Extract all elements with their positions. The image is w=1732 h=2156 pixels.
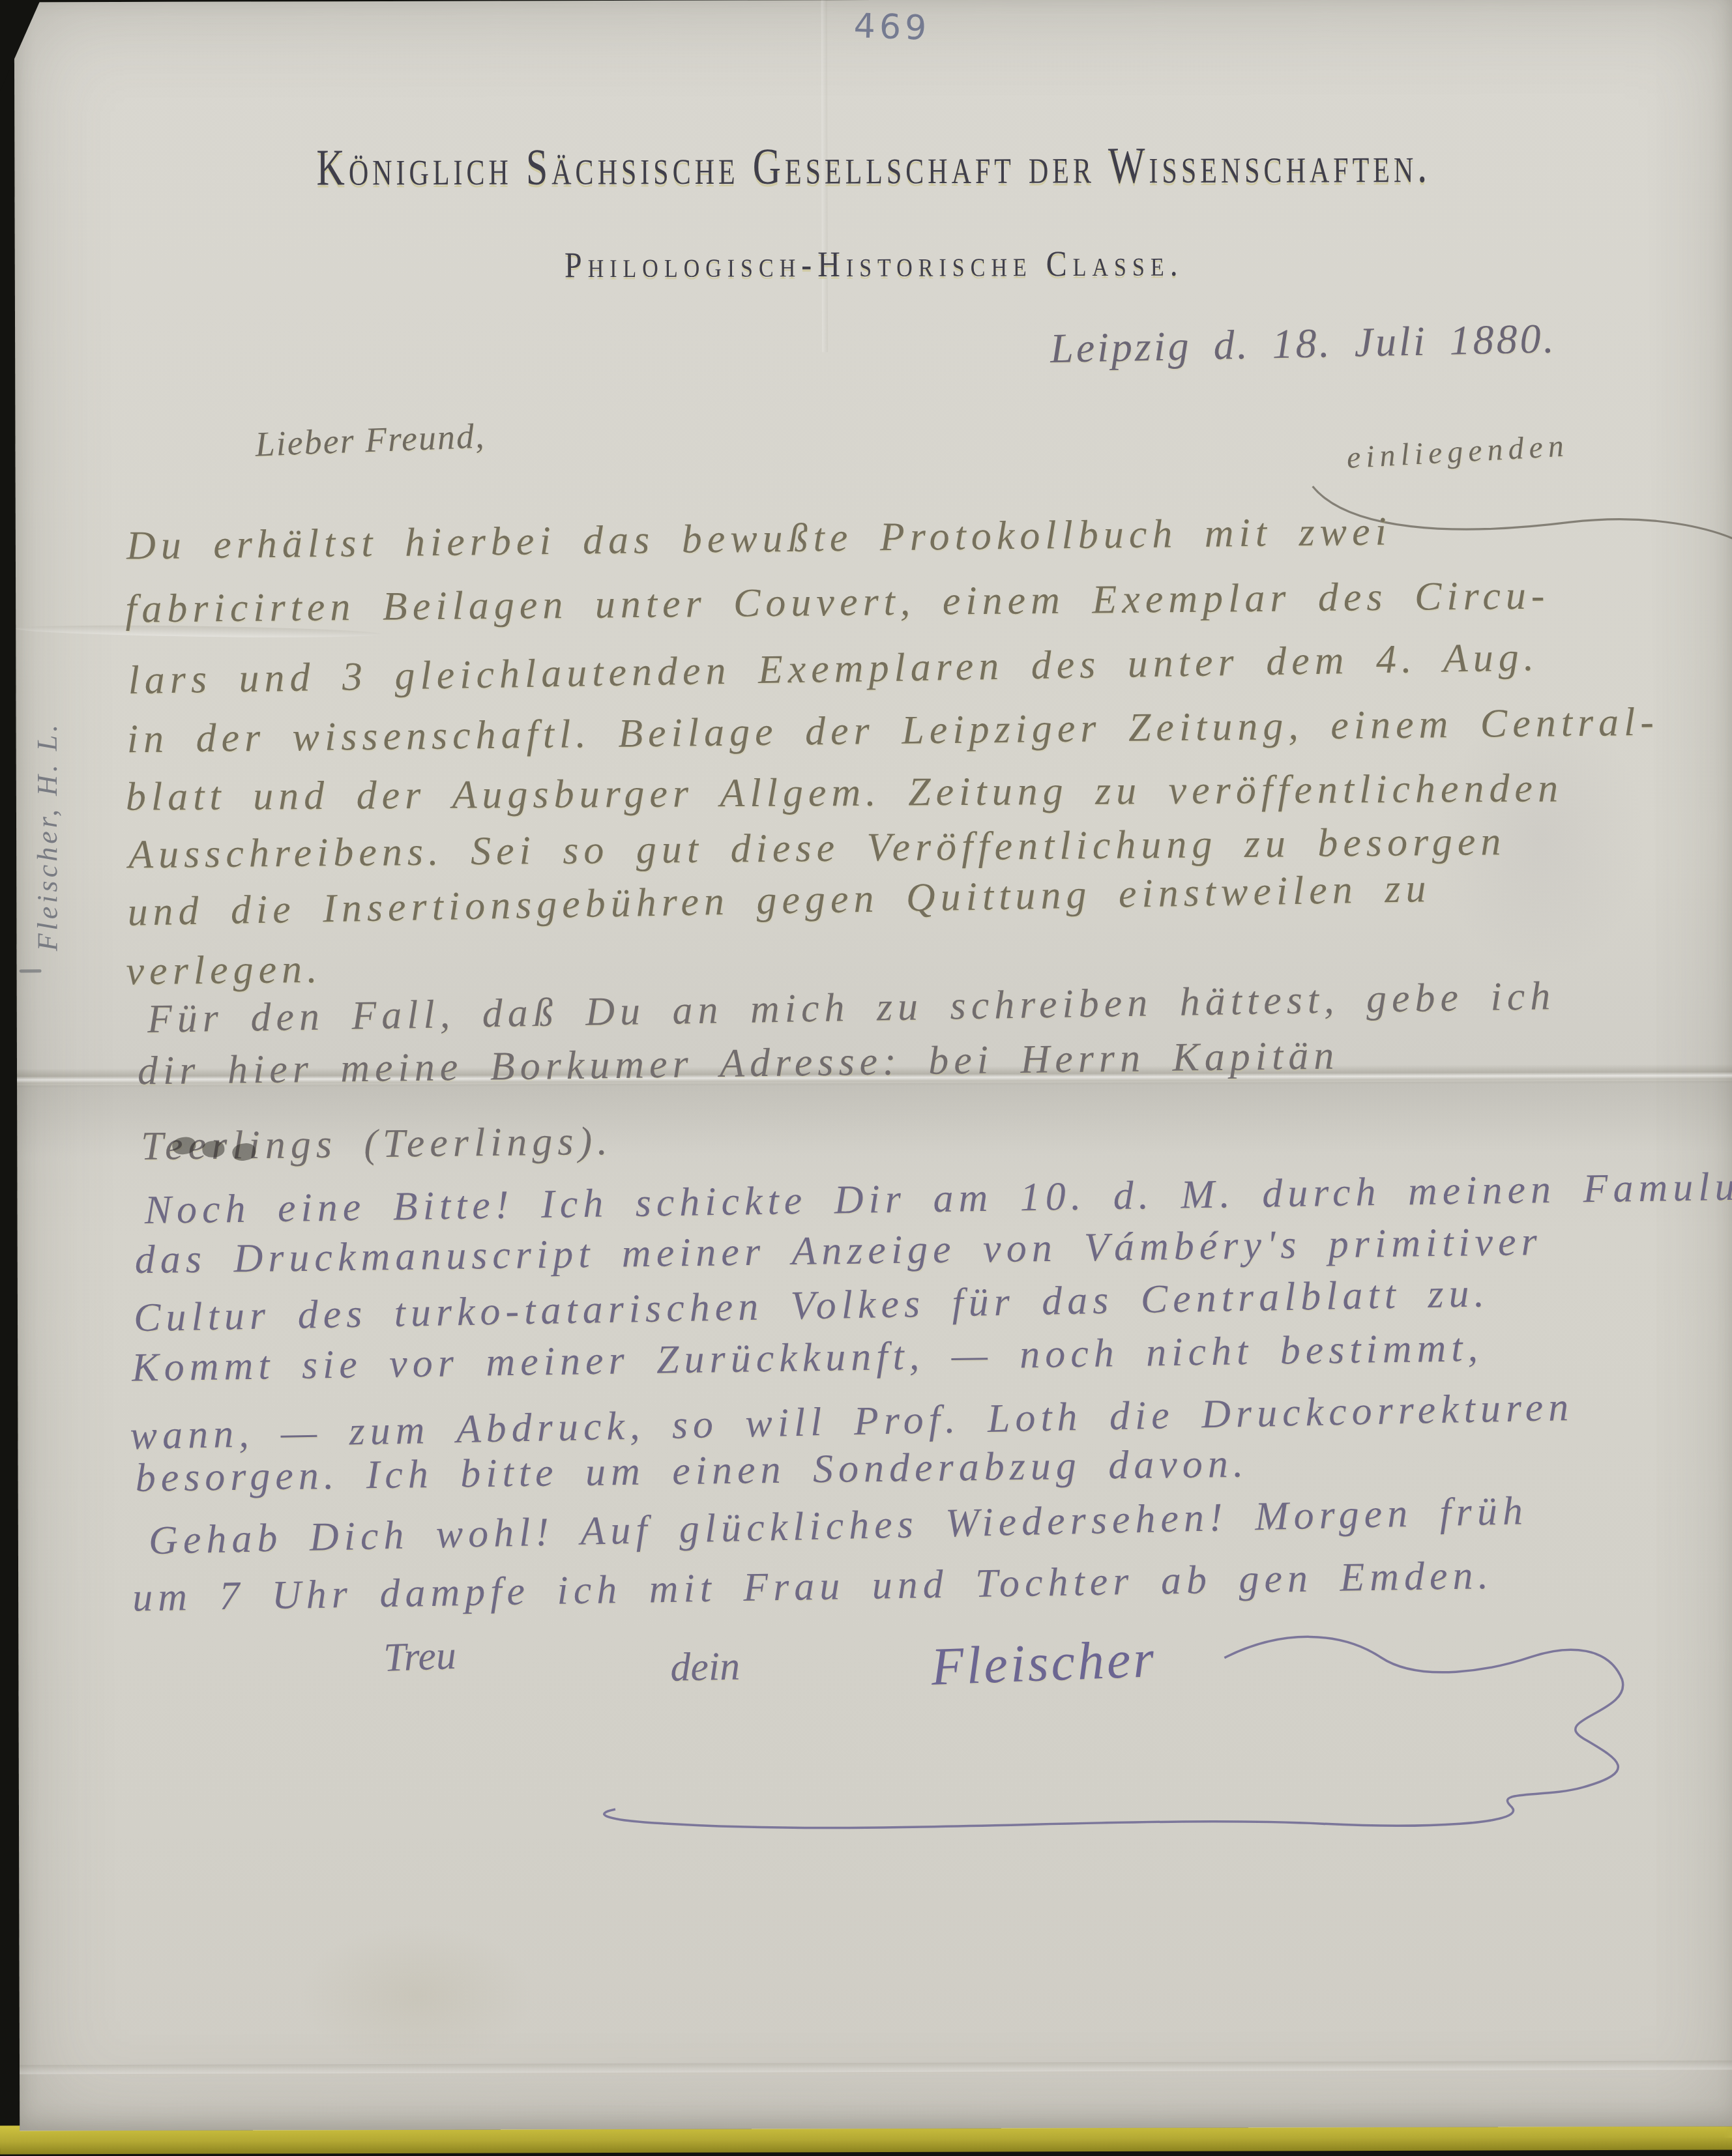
paper-stain — [299, 1923, 535, 2067]
handwritten-line: verlegen. — [126, 949, 323, 991]
handwritten-line: blatt und der Augsburger Allgem. Zeitung… — [126, 768, 1563, 817]
handwritten-line: Du erhältst hierbei das bewußte Protokol… — [126, 511, 1392, 566]
paper-sheet: 469 Königlich Sächsische Gesellschaft de… — [14, 0, 1732, 2131]
archive-number-pencil: 469 — [853, 7, 931, 48]
closing-word: Treu — [383, 1633, 457, 1682]
letter-scan: 469 Königlich Sächsische Gesellschaft de… — [0, 0, 1732, 2156]
handwritten-line: Gehab Dich wohl! Auf glückliches Wieders… — [148, 1491, 1528, 1561]
bottom-crease — [20, 2061, 1732, 2075]
handwritten-line: Für den Fall, daß Du an mich zu schreibe… — [147, 976, 1555, 1040]
margin-note-pencil: Fleischer, H. L. — [30, 690, 64, 951]
handwritten-line: und die Insertionsgebühren gegen Quittun… — [127, 868, 1431, 933]
margin-dash-pencil — [20, 969, 42, 972]
signature-flourish — [475, 1620, 1732, 1845]
handwritten-line: wann, — zum Abdruck, so will Prof. Loth … — [130, 1387, 1574, 1456]
handwritten-line: fabricirten Beilagen unter Couvert, eine… — [125, 575, 1550, 630]
handwritten-line: in der wissenschaftl. Beilage der Leipzi… — [126, 702, 1659, 760]
handwritten-line: um 7 Uhr dampfe ich mit Frau und Tochter… — [132, 1555, 1494, 1618]
handwritten-line: lars und 3 gleichlautenden Exemplaren de… — [128, 637, 1540, 701]
handwritten-line: Kommt sie vor meiner Zurückkunft, — noch… — [132, 1328, 1484, 1388]
letterhead-society-name: Königlich Sächsische Gesellschaft der Wi… — [14, 135, 1732, 199]
letterhead-class-name: Philologisch-Historische Classe. — [15, 242, 1732, 288]
handwritten-line: das Druckmanuscript meiner Anzeige von V… — [134, 1221, 1542, 1280]
salutation: Lieber Freund, — [254, 415, 486, 464]
handwritten-line: Ausschreibens. Sei so gut diese Veröffen… — [128, 821, 1506, 875]
dateline: Leipzig d. 18. Juli 1880. — [1049, 314, 1557, 373]
